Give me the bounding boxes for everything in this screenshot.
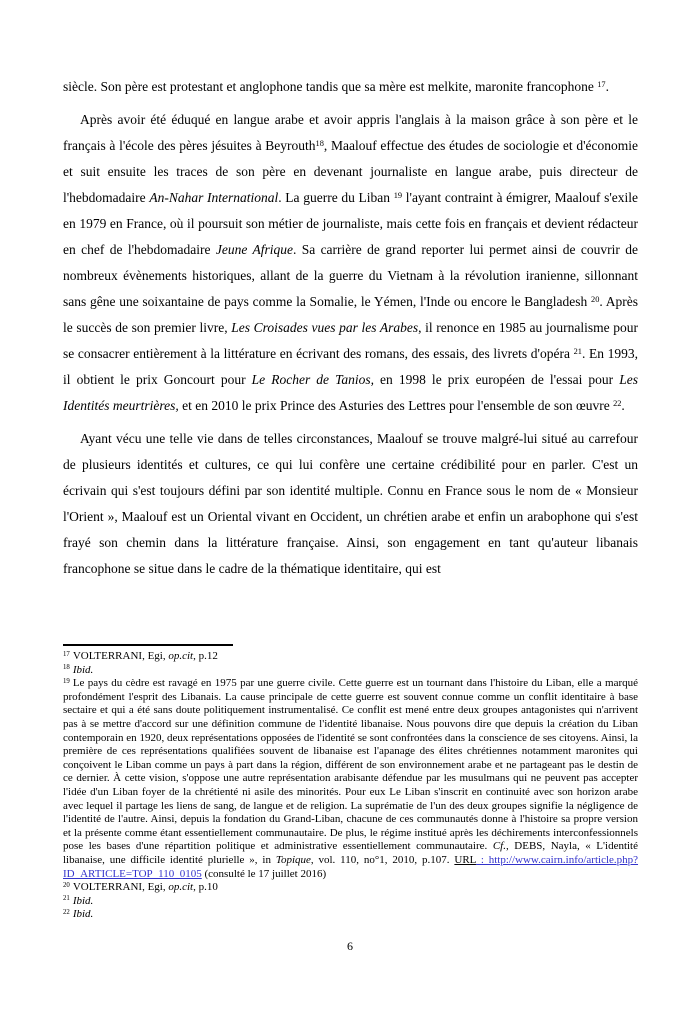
body-paragraph: Après avoir été éduqué en langue arabe e… xyxy=(63,107,638,419)
text-run: siècle. Son père est protestant et anglo… xyxy=(63,79,597,94)
text-run: op.cit xyxy=(168,881,193,893)
footnote-separator xyxy=(63,644,233,646)
text-run: Ibid. xyxy=(73,664,93,676)
text-run: et en 2010 le prix Prince des Asturies d… xyxy=(179,398,613,413)
footnote-number: 19 xyxy=(63,678,70,685)
footnote-ref: 22 xyxy=(613,399,621,408)
footnote-ref: 19 xyxy=(394,191,402,200)
footnote-22: 22Ibid. xyxy=(63,908,638,922)
text-run: op.cit xyxy=(168,650,193,662)
footnote-ref: 17 xyxy=(597,80,605,89)
text-run: Ayant vécu une telle vie dans de telles … xyxy=(63,431,638,576)
text-run: . La guerre du Liban xyxy=(278,190,393,205)
text-run: en 1998 le prix européen de l'essai pour xyxy=(374,372,619,387)
footnote-17: 17VOLTERRANI, Egi, op.cit, p.12 xyxy=(63,650,638,664)
text-run: Le Rocher de Tanios, xyxy=(252,372,374,387)
text-run: Ibid. xyxy=(73,895,93,907)
text-run: , p.12 xyxy=(193,650,218,662)
body-paragraph: siècle. Son père est protestant et anglo… xyxy=(63,74,638,100)
footnote-number: 17 xyxy=(63,651,70,658)
footnote-ref: 21 xyxy=(574,347,582,356)
text-run: Les Croisades vues par les Arabes xyxy=(231,320,418,335)
footnote-ref: 20 xyxy=(591,295,599,304)
footnotes-section: 17VOLTERRANI, Egi, op.cit, p.1218Ibid.19… xyxy=(63,650,638,922)
document-page: siècle. Son père est protestant et anglo… xyxy=(0,0,700,1028)
text-run: Cf., xyxy=(493,840,509,852)
footnote-ref: 18 xyxy=(316,139,324,148)
footnote-number: 22 xyxy=(63,909,70,916)
text-run: Jeune Afrique xyxy=(216,242,293,257)
text-run: An-Nahar International xyxy=(149,190,278,205)
text-run: . xyxy=(621,398,624,413)
text-run: , vol. 110, no°1, 2010, p.107. xyxy=(311,854,454,866)
body-paragraph: Ayant vécu une telle vie dans de telles … xyxy=(63,426,638,582)
text-run: VOLTERRANI, Egi, xyxy=(73,881,169,893)
footnote-number: 18 xyxy=(63,664,70,671)
footnote-18: 18Ibid. xyxy=(63,664,638,678)
text-run: (consulté le 17 juillet 2016) xyxy=(202,868,326,880)
footnote-19: 19Le pays du cèdre est ravagé en 1975 pa… xyxy=(63,677,638,881)
text-run: Ibid. xyxy=(73,908,93,920)
footnote-number: 20 xyxy=(63,882,70,889)
page-number: 6 xyxy=(0,939,700,954)
footnote-20: 20VOLTERRANI, Egi, op.cit, p.10 xyxy=(63,881,638,895)
text-run: VOLTERRANI, Egi, xyxy=(73,650,169,662)
text-run: , p.10 xyxy=(193,881,218,893)
footnote-21: 21Ibid. xyxy=(63,895,638,909)
text-run: Le pays du cèdre est ravagé en 1975 par … xyxy=(63,677,638,852)
footnote-number: 21 xyxy=(63,895,70,902)
body-text: siècle. Son père est protestant et anglo… xyxy=(63,74,638,589)
text-run: . xyxy=(606,79,609,94)
text-run: URL xyxy=(454,854,476,866)
text-run: Topique xyxy=(276,854,311,866)
